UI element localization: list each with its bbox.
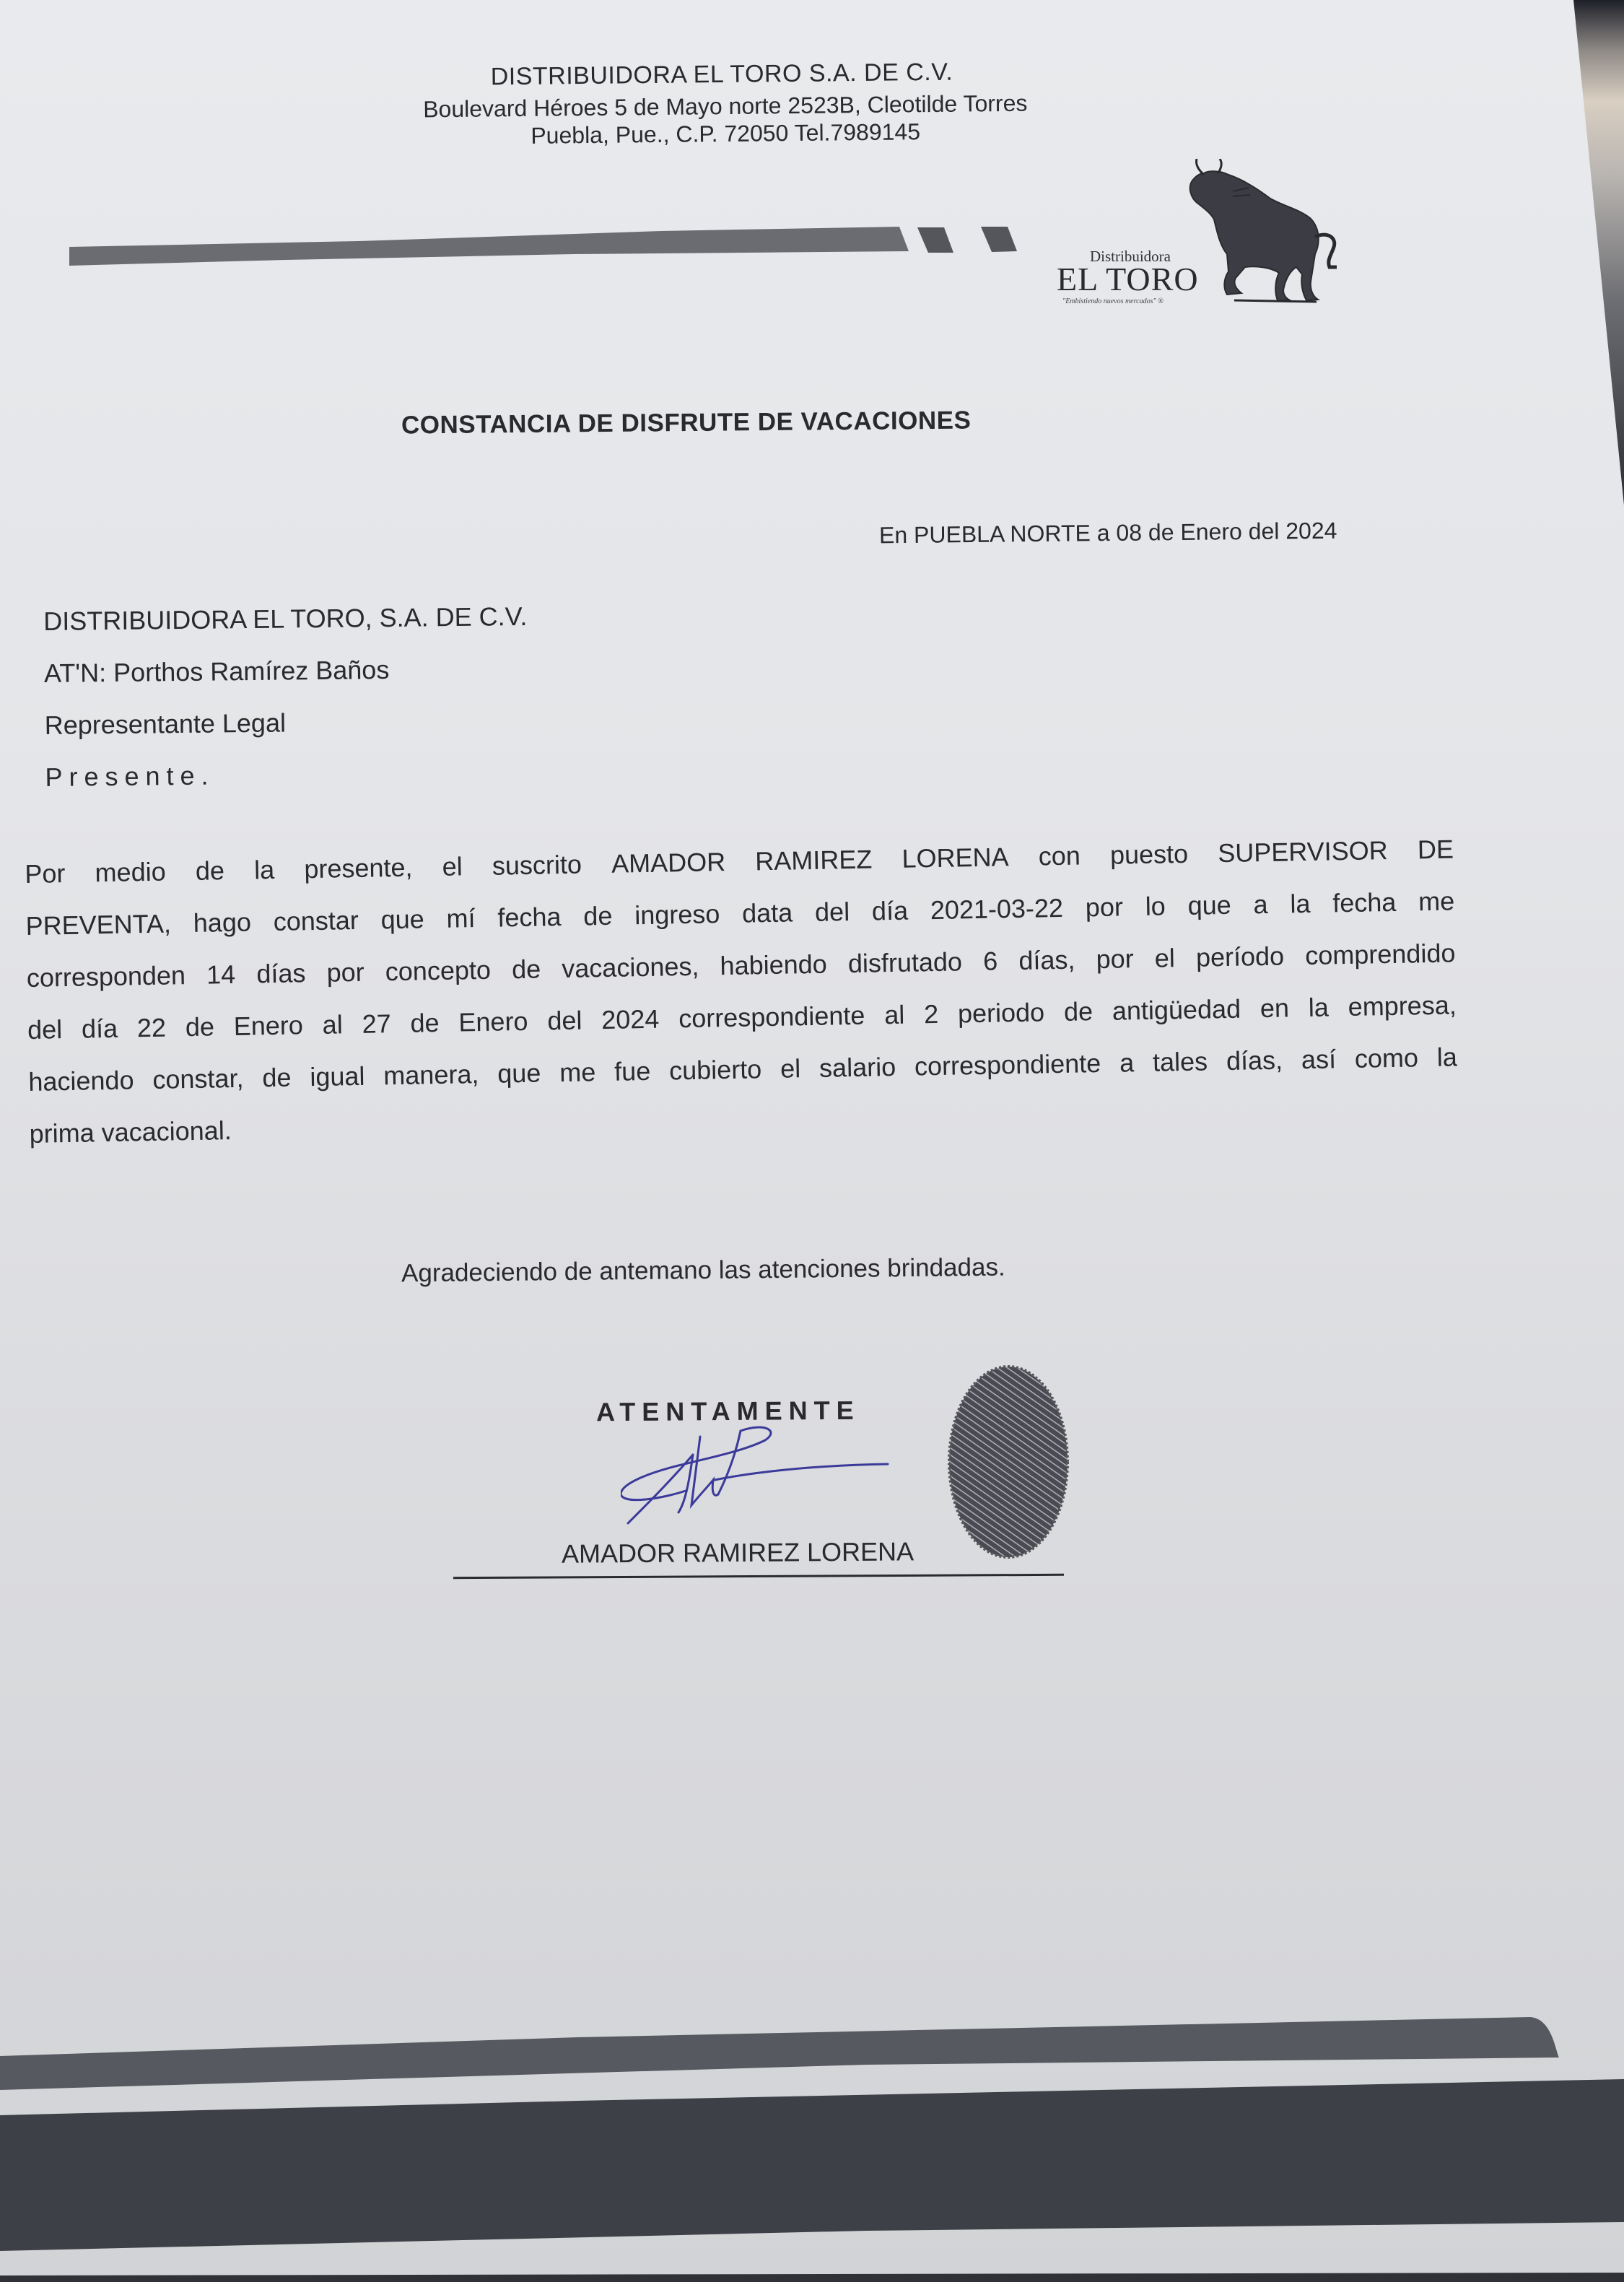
signatory-name: AMADOR RAMIREZ LORENA xyxy=(562,1536,914,1569)
body-word: lo xyxy=(1145,891,1166,943)
body-word: día xyxy=(872,896,909,949)
body-word: el xyxy=(780,1053,801,1105)
body-word: así xyxy=(1301,1044,1337,1097)
body-word: como xyxy=(1355,1042,1419,1096)
body-word: el xyxy=(442,851,463,903)
document-title: CONSTANCIA DE DISFRUTE DE VACACIONES xyxy=(401,406,972,440)
body-word: presente, xyxy=(304,853,413,907)
body-word: al xyxy=(322,1009,343,1061)
addressee-greeting: Presente. xyxy=(45,757,529,814)
body-word: por xyxy=(1085,892,1123,944)
body-word: 2021-03-22 xyxy=(930,893,1064,947)
body-word: periodo xyxy=(958,997,1045,1050)
body-word: salario xyxy=(819,1052,896,1105)
body-word: mí xyxy=(446,903,476,956)
body-word: días, xyxy=(1018,945,1075,998)
body-word: suscrito xyxy=(492,850,582,903)
body-word: que xyxy=(380,904,424,957)
body-word: concepto xyxy=(385,955,491,1009)
handwritten-signature xyxy=(621,1422,909,1538)
body-word: del xyxy=(547,1006,582,1058)
body-word: al xyxy=(884,1000,905,1052)
body-word: correspondiente xyxy=(678,1001,865,1055)
body-word: de xyxy=(262,1063,292,1115)
body-word: medio xyxy=(95,857,166,910)
body-word: ingreso xyxy=(634,899,720,952)
logo-brand: EL TORO xyxy=(1057,260,1199,298)
body-word: corresponden xyxy=(27,960,186,1015)
body-word: de xyxy=(195,855,224,908)
body-word: antigüedad xyxy=(1112,994,1241,1048)
body-word: disfrutado xyxy=(848,946,963,1001)
addressee-company: DISTRIBUIDORA EL TORO, S.A. DE C.V. xyxy=(43,601,528,658)
body-word: correspondiente xyxy=(914,1048,1101,1103)
body-word: me xyxy=(1418,886,1455,939)
footer-decorative-bars xyxy=(0,1993,1624,2282)
body-word: haciendo xyxy=(28,1065,134,1119)
body-word: por xyxy=(326,957,364,1010)
body-word: me xyxy=(559,1057,596,1110)
body-word: del xyxy=(27,1014,63,1067)
body-word: período xyxy=(1196,941,1285,995)
body-word: fecha xyxy=(1332,887,1397,941)
body-word: comprendido xyxy=(1305,938,1456,993)
body-word: días, xyxy=(1226,1045,1283,1098)
body-word: PREVENTA, xyxy=(25,908,172,963)
body-word: puesto xyxy=(1110,839,1189,892)
signature-line xyxy=(453,1574,1064,1579)
body-word: constar xyxy=(273,905,359,959)
closing-line: Agradeciendo de antemano las atenciones … xyxy=(401,1253,1005,1289)
body-word: hago xyxy=(193,907,251,960)
body-word: SUPERVISOR xyxy=(1218,835,1389,890)
body-word: del xyxy=(815,897,850,949)
addressee-attention: AT'N: Porthos Ramírez Baños xyxy=(44,653,528,710)
body-word: Enero xyxy=(233,1010,303,1063)
body-word: de xyxy=(185,1011,215,1064)
body-word: manera, xyxy=(383,1059,479,1112)
body-word: fue xyxy=(614,1056,651,1109)
letterhead-address: Boulevard Héroes 5 de Mayo norte 2523B, … xyxy=(0,84,1451,154)
body-word: AMADOR xyxy=(611,847,726,901)
body-word: fecha xyxy=(497,902,562,955)
body-word: Enero xyxy=(458,1006,528,1060)
place-date: En PUEBLA NORTE a 08 de Enero del 2024 xyxy=(879,518,1337,549)
body-word: tales xyxy=(1153,1046,1208,1099)
addressee-block: DISTRIBUIDORA EL TORO, S.A. DE C.V. AT'N… xyxy=(43,601,529,814)
body-word: RAMIREZ xyxy=(755,845,873,899)
body-word: de xyxy=(583,901,613,954)
body-word: Por xyxy=(25,858,66,911)
addressee-role: Representante Legal xyxy=(45,705,529,762)
body-word: días xyxy=(256,958,306,1011)
body-word: de xyxy=(1064,996,1093,1049)
body-word: cubierto xyxy=(669,1054,762,1107)
body-word: empresa, xyxy=(1348,990,1457,1044)
body-word: por xyxy=(1096,944,1134,996)
body-word: prima vacacional. xyxy=(29,1115,232,1171)
body-word: la xyxy=(1436,1042,1457,1094)
body-word: 14 xyxy=(206,959,236,1012)
body-word: 2024 xyxy=(601,1004,660,1057)
body-word: de xyxy=(410,1008,440,1061)
fingerprint-icon xyxy=(942,1361,1072,1563)
body-word: 2 xyxy=(924,999,939,1051)
body-word: en xyxy=(1260,993,1290,1045)
body-word: a xyxy=(1119,1048,1135,1099)
body-paragraph: Pormediodelapresente,elsuscritoAMADORRAM… xyxy=(25,834,1459,1170)
body-word: la xyxy=(1308,993,1329,1045)
logo-tagline: "Embistiendo nuevos mercados" ® xyxy=(1062,297,1164,305)
body-word: la xyxy=(1290,889,1311,941)
body-word: que xyxy=(1187,890,1231,943)
body-word: 22 xyxy=(137,1013,167,1066)
body-word: el xyxy=(1154,943,1175,995)
body-word: habiendo xyxy=(720,949,827,1003)
company-logo: Distribuidora EL TORO "Embistiendo nuevo… xyxy=(1047,159,1350,310)
body-word: a xyxy=(1253,889,1268,941)
body-word: día xyxy=(82,1014,118,1066)
body-word: data xyxy=(742,897,793,950)
body-word: la xyxy=(254,855,275,907)
body-word: de xyxy=(512,954,541,1007)
body-word: constar, xyxy=(152,1063,244,1117)
body-word: vacaciones, xyxy=(562,951,699,1006)
body-word: con xyxy=(1038,840,1081,893)
body-word: que xyxy=(497,1058,541,1111)
header-decorative-bar xyxy=(69,225,1036,269)
document-page: DISTRIBUIDORA EL TORO S.A. DE C.V. Boule… xyxy=(0,0,1624,2282)
body-word: DE xyxy=(1418,834,1454,887)
body-word: LORENA xyxy=(902,842,1009,896)
body-word: 27 xyxy=(362,1009,391,1061)
body-word: igual xyxy=(310,1061,365,1114)
body-word: 6 xyxy=(983,946,998,998)
